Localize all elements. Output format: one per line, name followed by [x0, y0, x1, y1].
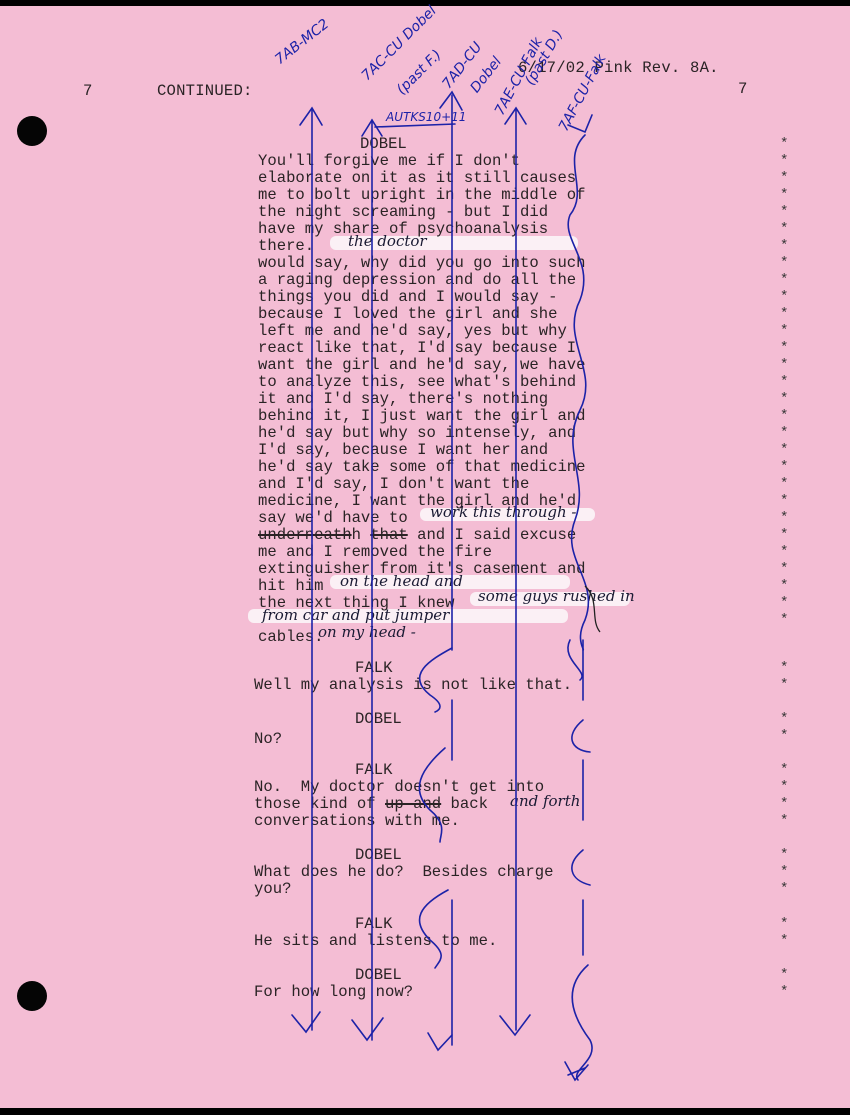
revision-asterisk: *	[780, 779, 788, 796]
revision-asterisk: *	[780, 595, 788, 612]
dialogue-line: me and I removed the fire	[258, 544, 492, 561]
dialogue-line: he'd say take some of that medicine	[258, 459, 586, 476]
dialogue-line: react like that, I'd say because I	[258, 340, 576, 357]
dialogue-line: You'll forgive me if I don't	[258, 153, 520, 170]
revision-asterisk: *	[780, 357, 788, 374]
continued-label: CONTINUED:	[157, 83, 253, 100]
shot-label-7ac-sub: AUTKS10+11	[386, 110, 466, 124]
handwritten-insert: and forth	[510, 792, 580, 810]
handwritten-insert: on my head -	[318, 623, 416, 641]
revision-asterisk: *	[780, 510, 788, 527]
dialogue-line: cables.	[258, 629, 324, 646]
struck-text: underneath	[258, 526, 352, 544]
revision-asterisk: *	[780, 544, 788, 561]
revision-asterisk: *	[780, 221, 788, 238]
dialogue-line: For how long now?	[254, 984, 413, 1001]
character-cue: DOBEL	[355, 847, 402, 864]
dialogue-line: to analyze this, see what's behind	[258, 374, 576, 391]
dialogue-line: left me and he'd say, yes but why	[258, 323, 567, 340]
revision-asterisk: *	[780, 306, 788, 323]
dialogue-line: because I loved the girl and she	[258, 306, 557, 323]
revision-asterisk: *	[780, 289, 788, 306]
character-cue: DOBEL	[360, 136, 407, 153]
handwritten-insert: on the head and	[340, 572, 463, 590]
scene-number-right: 7	[738, 81, 748, 98]
dialogue-line: He sits and listens to me.	[254, 933, 497, 950]
revision-asterisk: *	[780, 813, 788, 830]
revision-asterisk: *	[780, 153, 788, 170]
handwritten-insert: work this through -	[430, 503, 577, 521]
revision-asterisk: *	[780, 677, 788, 694]
revision-asterisk: *	[780, 493, 788, 510]
dialogue-line: those kind of up and back	[254, 796, 488, 813]
dialogue-line: and I'd say, I don't want the	[258, 476, 529, 493]
character-cue: DOBEL	[355, 967, 402, 984]
dialogue-line: want the girl and he'd say, we have	[258, 357, 586, 374]
revision-asterisk: *	[780, 340, 788, 357]
dialogue-line: behind it, I just want the girl and	[258, 408, 586, 425]
revision-asterisk: *	[780, 612, 788, 629]
dialogue-line: there.	[258, 238, 314, 255]
revision-asterisk: *	[780, 187, 788, 204]
revision-asterisk: *	[780, 847, 788, 864]
revision-asterisk: *	[780, 578, 788, 595]
handwritten-insert: the doctor	[348, 232, 427, 250]
revision-asterisk: *	[780, 796, 788, 813]
dialogue-line: things you did and I would say -	[258, 289, 557, 306]
revision-asterisk: *	[780, 728, 788, 745]
dialogue-line: you?	[254, 881, 291, 898]
dialogue-line: underneathh that and I said excuse	[258, 527, 576, 544]
character-cue: DOBEL	[355, 711, 402, 728]
struck-text: that	[370, 526, 407, 544]
dialogue-line: it and I'd say, there's nothing	[258, 391, 548, 408]
revision-asterisk: *	[780, 425, 788, 442]
dialogue-line: he'd say but why so intensely, and	[258, 425, 576, 442]
dialogue-line: hit him	[258, 578, 324, 595]
binder-hole-bottom	[17, 981, 47, 1011]
dialogue-line: would say, why did you go into such	[258, 255, 586, 272]
dialogue-line: Well my analysis is not like that.	[254, 677, 572, 694]
revision-asterisk: *	[780, 660, 788, 677]
revision-asterisk: *	[780, 864, 788, 881]
revision-asterisk: *	[780, 391, 788, 408]
revision-asterisk: *	[780, 204, 788, 221]
revision-asterisk: *	[780, 881, 788, 898]
dialogue-line: say we'd have to	[258, 510, 408, 527]
revision-asterisk: *	[780, 933, 788, 950]
character-cue: FALK	[355, 916, 392, 933]
scene-number-left: 7	[83, 83, 93, 100]
revision-asterisk: *	[780, 374, 788, 391]
revision-asterisk: *	[780, 762, 788, 779]
revision-asterisk: *	[780, 561, 788, 578]
binder-hole-top	[17, 116, 47, 146]
dialogue-line: elaborate on it as it still causes	[258, 170, 576, 187]
revision-asterisk: *	[780, 527, 788, 544]
revision-asterisk: *	[780, 476, 788, 493]
dialogue-line: No. My doctor doesn't get into	[254, 779, 544, 796]
revision-asterisk: *	[780, 916, 788, 933]
dialogue-line: I'd say, because I want her and	[258, 442, 548, 459]
character-cue: FALK	[355, 762, 392, 779]
character-cue: FALK	[355, 660, 392, 677]
handwritten-insert: from car and put jumper	[262, 606, 449, 624]
revision-asterisk: *	[780, 136, 788, 153]
revision-asterisk: *	[780, 711, 788, 728]
revision-asterisk: *	[780, 272, 788, 289]
dialogue-line: the night screaming - but I did	[258, 204, 548, 221]
revision-asterisk: *	[780, 238, 788, 255]
revision-asterisk: *	[780, 408, 788, 425]
revision-asterisk: *	[780, 967, 788, 984]
revision-asterisk: *	[780, 323, 788, 340]
dialogue-line: me to bolt upright in the middle of	[258, 187, 586, 204]
dialogue-line: What does he do? Besides charge	[254, 864, 553, 881]
revision-asterisk: *	[780, 442, 788, 459]
struck-text: up and	[385, 795, 441, 813]
dialogue-line: conversations with me.	[254, 813, 460, 830]
revision-asterisk: *	[780, 459, 788, 476]
revision-asterisk: *	[780, 255, 788, 272]
revision-asterisk: *	[780, 984, 788, 1001]
dialogue-line: No?	[254, 731, 282, 748]
dialogue-line: a raging depression and do all the	[258, 272, 576, 289]
revision-asterisk: *	[780, 170, 788, 187]
handwritten-insert: some guys rushed in	[478, 587, 635, 605]
